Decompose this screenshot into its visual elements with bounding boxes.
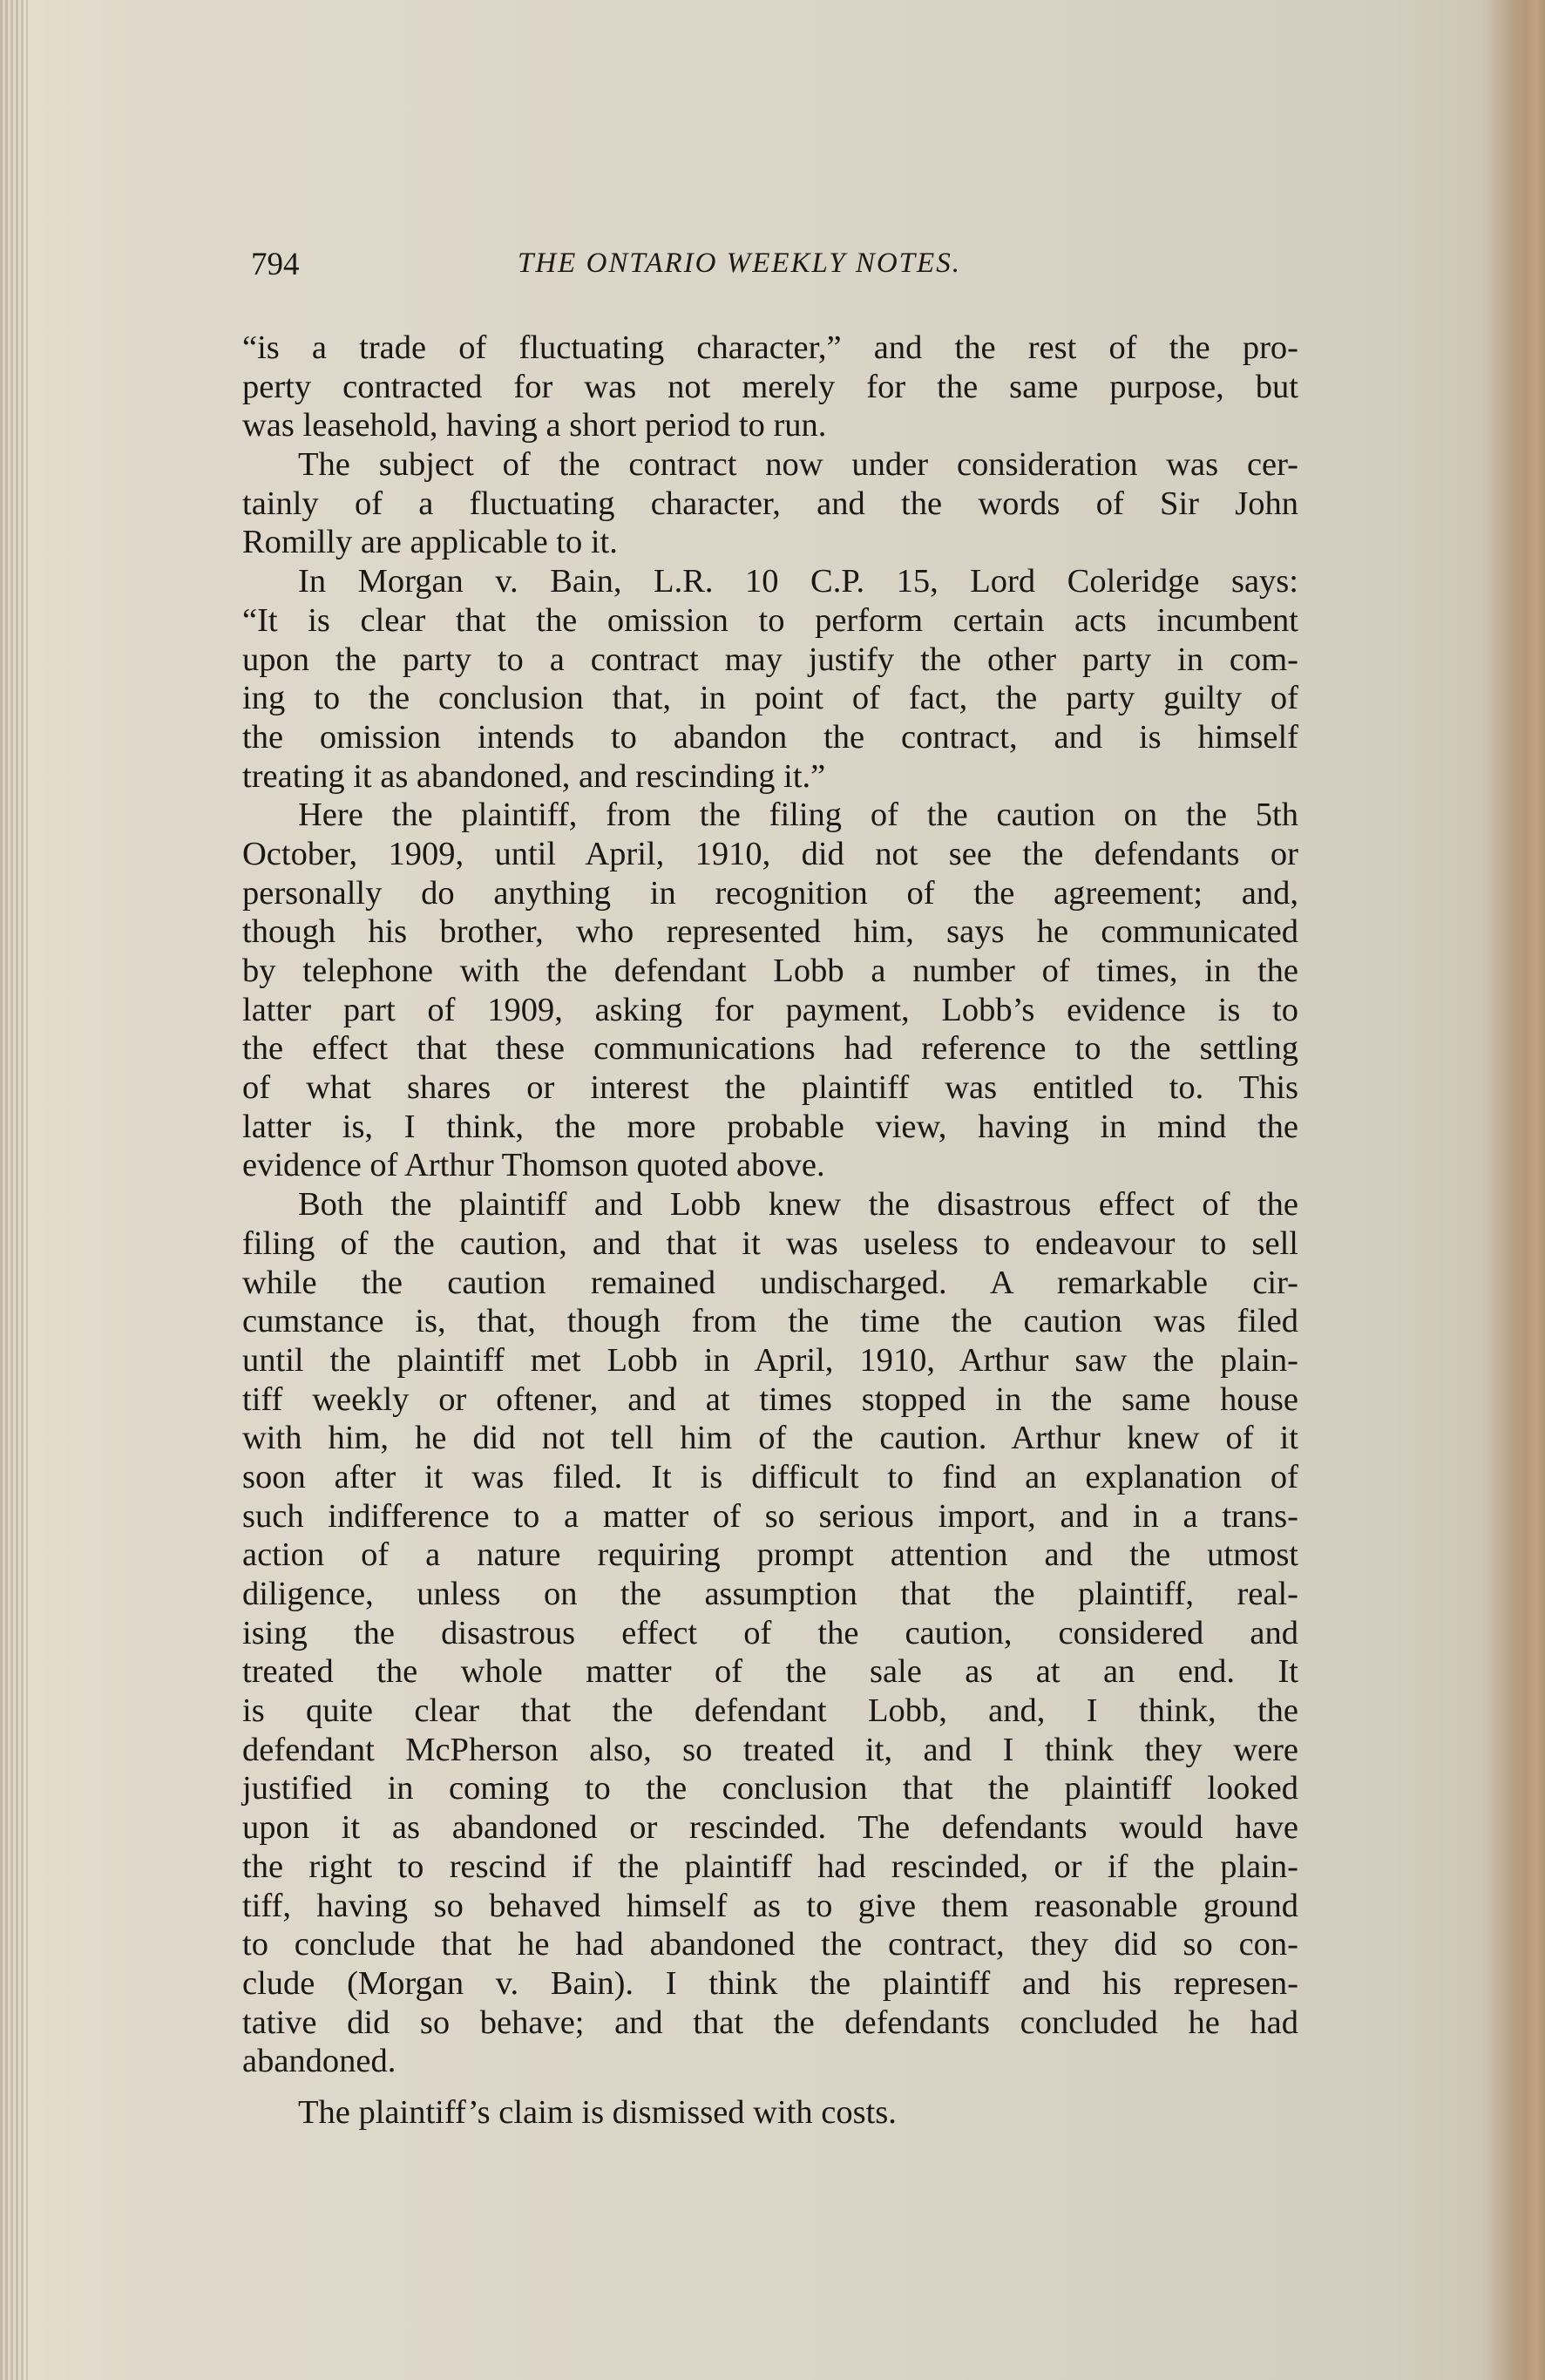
text-line: though his brother, who represented him,… — [242, 912, 1298, 952]
closing-paragraph: The plaintiff’s claim is dismissed with … — [242, 2093, 1298, 2133]
text-line: perty contracted for was not merely for … — [242, 368, 1298, 407]
text-line: the omission intends to abandon the cont… — [242, 718, 1298, 757]
text-line: until the plaintiff met Lobb in April, 1… — [242, 1341, 1298, 1380]
text-line: cumstance is, that, though from the time… — [242, 1302, 1298, 1341]
page-stack-edge — [0, 0, 28, 2380]
body-text: “is a trade of fluctuating character,” a… — [242, 329, 1298, 2133]
scanned-book-page: 794 THE ONTARIO WEEKLY NOTES. “is a trad… — [0, 0, 1545, 2380]
text-line: The subject of the contract now under co… — [242, 445, 1298, 485]
text-line: the right to rescind if the plaintiff ha… — [242, 1848, 1298, 1887]
text-line: abandoned. — [242, 2042, 1298, 2081]
text-line: ising the disastrous effect of the cauti… — [242, 1614, 1298, 1653]
text-line: by telephone with the defendant Lobb a n… — [242, 952, 1298, 991]
text-line: In Morgan v. Bain, L.R. 10 C.P. 15, Lord… — [242, 562, 1298, 601]
text-line: action of a nature requiring prompt atte… — [242, 1536, 1298, 1575]
paragraph: The subject of the contract now under co… — [242, 445, 1298, 562]
text-line: “It is clear that the omission to perfor… — [242, 601, 1298, 641]
paragraph: “is a trade of fluctuating character,” a… — [242, 329, 1298, 445]
text-line: defendant McPherson also, so treated it,… — [242, 1731, 1298, 1770]
text-line: ing to the conclusion that, in point of … — [242, 679, 1298, 718]
text-line: while the caution remained undischarged.… — [242, 1264, 1298, 1303]
text-line: tainly of a fluctuating character, and t… — [242, 485, 1298, 524]
text-line: was leasehold, having a short period to … — [242, 406, 1298, 445]
text-line: diligence, unless on the assumption that… — [242, 1575, 1298, 1614]
text-line: October, 1909, until April, 1910, did no… — [242, 835, 1298, 874]
text-line: such indifference to a matter of so seri… — [242, 1497, 1298, 1536]
text-line: of what shares or interest the plaintiff… — [242, 1068, 1298, 1108]
text-line: to conclude that he had abandoned the co… — [242, 1925, 1298, 1964]
running-head: 794 THE ONTARIO WEEKLY NOTES. — [251, 246, 1297, 289]
text-line: Romilly are applicable to it. — [242, 523, 1298, 562]
text-line: Here the plaintiff, from the filing of t… — [242, 796, 1298, 835]
text-line: latter is, I think, the more probable vi… — [242, 1108, 1298, 1147]
text-line: upon the party to a contract may justify… — [242, 641, 1298, 680]
text-line: Both the plaintiff and Lobb knew the dis… — [242, 1185, 1298, 1224]
text-line: treating it as abandoned, and rescinding… — [242, 757, 1298, 797]
text-line: justified in coming to the conclusion th… — [242, 1769, 1298, 1808]
text-line: The plaintiff’s claim is dismissed with … — [242, 2093, 1298, 2133]
text-line: treated the whole matter of the sale as … — [242, 1652, 1298, 1692]
text-line: clude (Morgan v. Bain). I think the plai… — [242, 1964, 1298, 2004]
page-number: 794 — [251, 246, 300, 283]
text-line: latter part of 1909, asking for payment,… — [242, 991, 1298, 1030]
text-line: tative did so behave; and that the defen… — [242, 2004, 1298, 2043]
text-line: with him, he did not tell him of the cau… — [242, 1419, 1298, 1458]
text-line: filing of the caution, and that it was u… — [242, 1224, 1298, 1264]
text-line: upon it as abandoned or rescinded. The d… — [242, 1808, 1298, 1848]
publication-title: THE ONTARIO WEEKLY NOTES. — [518, 247, 961, 280]
text-line: soon after it was filed. It is difficult… — [242, 1458, 1298, 1497]
text-line: personally do anything in recognition of… — [242, 874, 1298, 913]
paragraph: Here the plaintiff, from the filing of t… — [242, 796, 1298, 1185]
page-gutter-shadow — [1510, 0, 1545, 2380]
text-line: the effect that these communications had… — [242, 1029, 1298, 1068]
text-line: “is a trade of fluctuating character,” a… — [242, 329, 1298, 368]
paragraph-gap — [242, 2081, 1298, 2093]
text-line: tiff weekly or oftener, and at times sto… — [242, 1380, 1298, 1420]
text-line: evidence of Arthur Thomson quoted above. — [242, 1146, 1298, 1185]
paragraph: In Morgan v. Bain, L.R. 10 C.P. 15, Lord… — [242, 562, 1298, 796]
text-line: is quite clear that the defendant Lobb, … — [242, 1692, 1298, 1731]
paragraph: Both the plaintiff and Lobb knew the dis… — [242, 1185, 1298, 2081]
text-line: tiff, having so behaved himself as to gi… — [242, 1887, 1298, 1926]
